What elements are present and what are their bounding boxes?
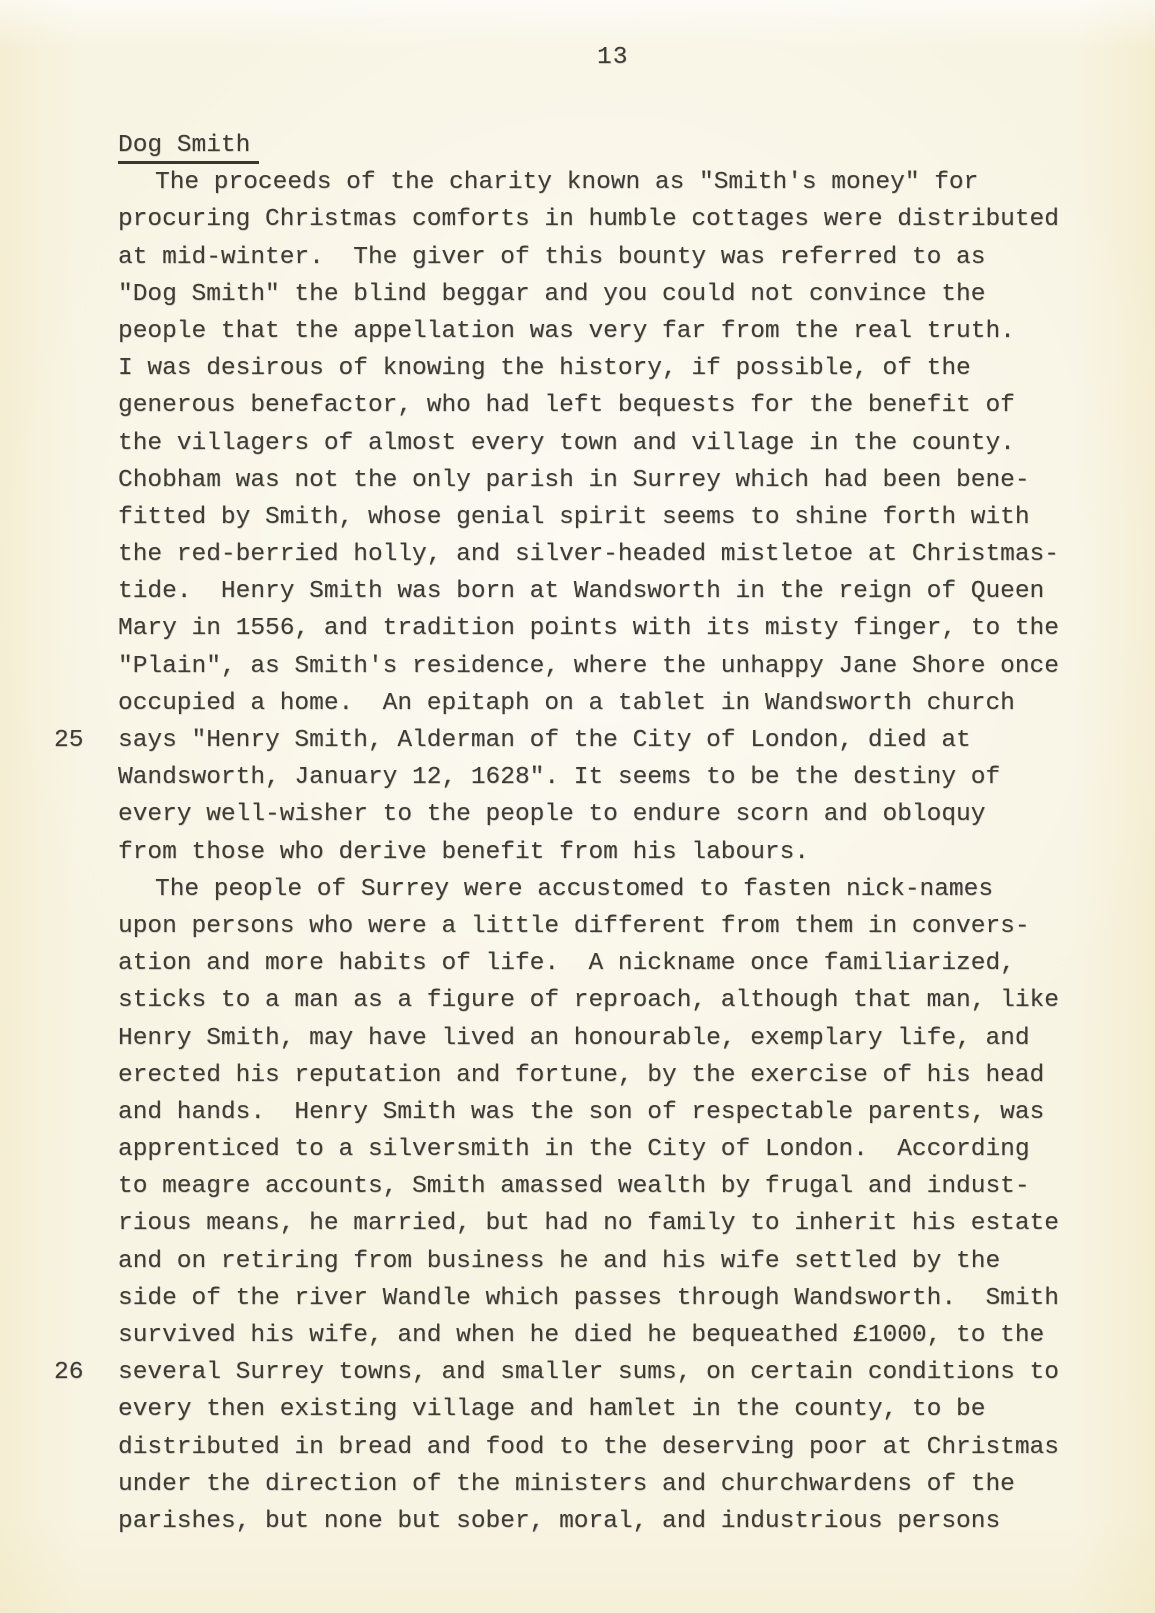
text-line: upon persons who were a little different… — [118, 908, 1078, 945]
text-line: at mid-winter. The giver of this bounty … — [118, 239, 1078, 276]
text-line: fitted by Smith, whose genial spirit see… — [118, 499, 1078, 536]
text-line: Mary in 1556, and tradition points with … — [118, 610, 1078, 647]
text-line: The people of Surrey were accustomed to … — [118, 871, 1078, 908]
margin-number: 26 — [54, 1354, 83, 1391]
text-line: and on retiring from business he and his… — [118, 1243, 1078, 1280]
text-line: the villagers of almost every town and v… — [118, 425, 1078, 462]
text-line: 25says "Henry Smith, Alderman of the Cit… — [118, 722, 1078, 759]
text-line: Wandsworth, January 12, 1628". It seems … — [118, 759, 1078, 796]
text-line: every well-wisher to the people to endur… — [118, 796, 1078, 833]
text-line: from those who derive benefit from his l… — [118, 834, 1078, 871]
text-line: procuring Christmas comforts in humble c… — [118, 201, 1078, 238]
text-line: "Dog Smith" the blind beggar and you cou… — [118, 276, 1078, 313]
page-content: Dog Smith The proceeds of the charity kn… — [118, 127, 1078, 1540]
text-line: rious means, he married, but had no fami… — [118, 1205, 1078, 1242]
text-line: and hands. Henry Smith was the son of re… — [118, 1094, 1078, 1131]
text-line: occupied a home. An epitaph on a tablet … — [118, 685, 1078, 722]
text-line: survived his wife, and when he died he b… — [118, 1317, 1078, 1354]
text-block: The proceeds of the charity known as "Sm… — [118, 164, 1078, 1540]
text-line: parishes, but none but sober, moral, and… — [118, 1503, 1078, 1540]
text-line: under the direction of the ministers and… — [118, 1466, 1078, 1503]
document-heading: Dog Smith — [118, 131, 259, 164]
heading-line: Dog Smith — [118, 127, 1078, 164]
text-line: Henry Smith, may have lived an honourabl… — [118, 1020, 1078, 1057]
text-line: to meagre accounts, Smith amassed wealth… — [118, 1168, 1078, 1205]
text-line: side of the river Wandle which passes th… — [118, 1280, 1078, 1317]
text-line: generous benefactor, who had left beques… — [118, 387, 1078, 424]
text-line: ation and more habits of life. A nicknam… — [118, 945, 1078, 982]
page-number: 13 — [597, 44, 628, 71]
text-line: 26several Surrey towns, and smaller sums… — [118, 1354, 1078, 1391]
text-line: tide. Henry Smith was born at Wandsworth… — [118, 573, 1078, 610]
text-line: every then existing village and hamlet i… — [118, 1391, 1078, 1428]
margin-number: 25 — [54, 722, 83, 759]
text-line: people that the appellation was very far… — [118, 313, 1078, 350]
text-line: "Plain", as Smith's residence, where the… — [118, 648, 1078, 685]
text-line: The proceeds of the charity known as "Sm… — [118, 164, 1078, 201]
text-line: I was desirous of knowing the history, i… — [118, 350, 1078, 387]
text-line: Chobham was not the only parish in Surre… — [118, 462, 1078, 499]
text-line: distributed in bread and food to the des… — [118, 1429, 1078, 1466]
text-line: sticks to a man as a figure of reproach,… — [118, 982, 1078, 1019]
text-line: erected his reputation and fortune, by t… — [118, 1057, 1078, 1094]
document-page: 13 Dog Smith The proceeds of the charity… — [0, 0, 1155, 1613]
text-line: the red-berried holly, and silver-headed… — [118, 536, 1078, 573]
text-line: apprenticed to a silversmith in the City… — [118, 1131, 1078, 1168]
